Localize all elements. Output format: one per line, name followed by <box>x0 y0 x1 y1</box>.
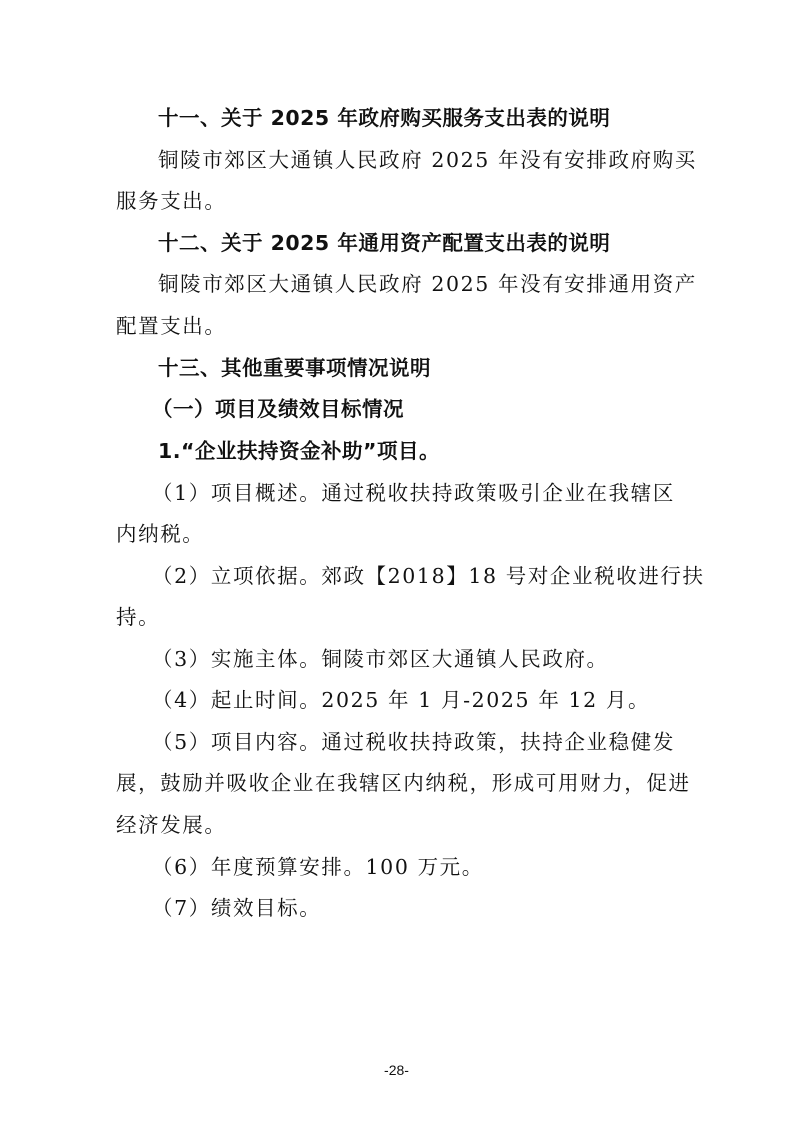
paragraph-line: （6）年度预算安排。100 万元。 <box>152 855 717 879</box>
subsection-heading: （一）项目及绩效目标情况 <box>152 397 717 421</box>
paragraph-line: （1）项目概述。通过税收扶持政策吸引企业在我辖区 <box>152 481 717 505</box>
paragraph-line: 配置支出。 <box>116 314 681 338</box>
paragraph-line: （4）起止时间。2025 年 1 月-2025 年 12 月。 <box>152 688 717 712</box>
section-heading-11: 十一、关于 2025 年政府购买服务支出表的说明 <box>158 106 723 130</box>
paragraph-line: （2）立项依据。郊政【2018】18 号对企业税收进行扶 <box>152 564 717 588</box>
paragraph-line: （7）绩效目标。 <box>152 896 717 920</box>
section-heading-12: 十二、关于 2025 年通用资产配置支出表的说明 <box>158 231 723 255</box>
page-number: -28- <box>0 1062 793 1078</box>
paragraph-line: （3）实施主体。铜陵市郊区大通镇人民政府。 <box>152 647 717 671</box>
paragraph-line: 展，鼓励并吸收企业在我辖区内纳税，形成可用财力，促进 <box>116 771 681 795</box>
paragraph-line: 服务支出。 <box>116 189 681 213</box>
paragraph-line: 经济发展。 <box>116 813 681 837</box>
section-heading-13: 十三、其他重要事项情况说明 <box>158 356 723 380</box>
paragraph-line: 持。 <box>116 605 681 629</box>
paragraph-line: 铜陵市郊区大通镇人民政府 2025 年没有安排政府购买 <box>158 148 723 172</box>
paragraph-line: 铜陵市郊区大通镇人民政府 2025 年没有安排通用资产 <box>158 272 723 296</box>
paragraph-line: 内纳税。 <box>116 522 681 546</box>
project-heading: 1.“企业扶持资金补助”项目。 <box>158 439 723 463</box>
paragraph-line: （5）项目内容。通过税收扶持政策，扶持企业稳健发 <box>152 730 717 754</box>
document-page: 十一、关于 2025 年政府购买服务支出表的说明 铜陵市郊区大通镇人民政府 20… <box>0 0 793 1122</box>
